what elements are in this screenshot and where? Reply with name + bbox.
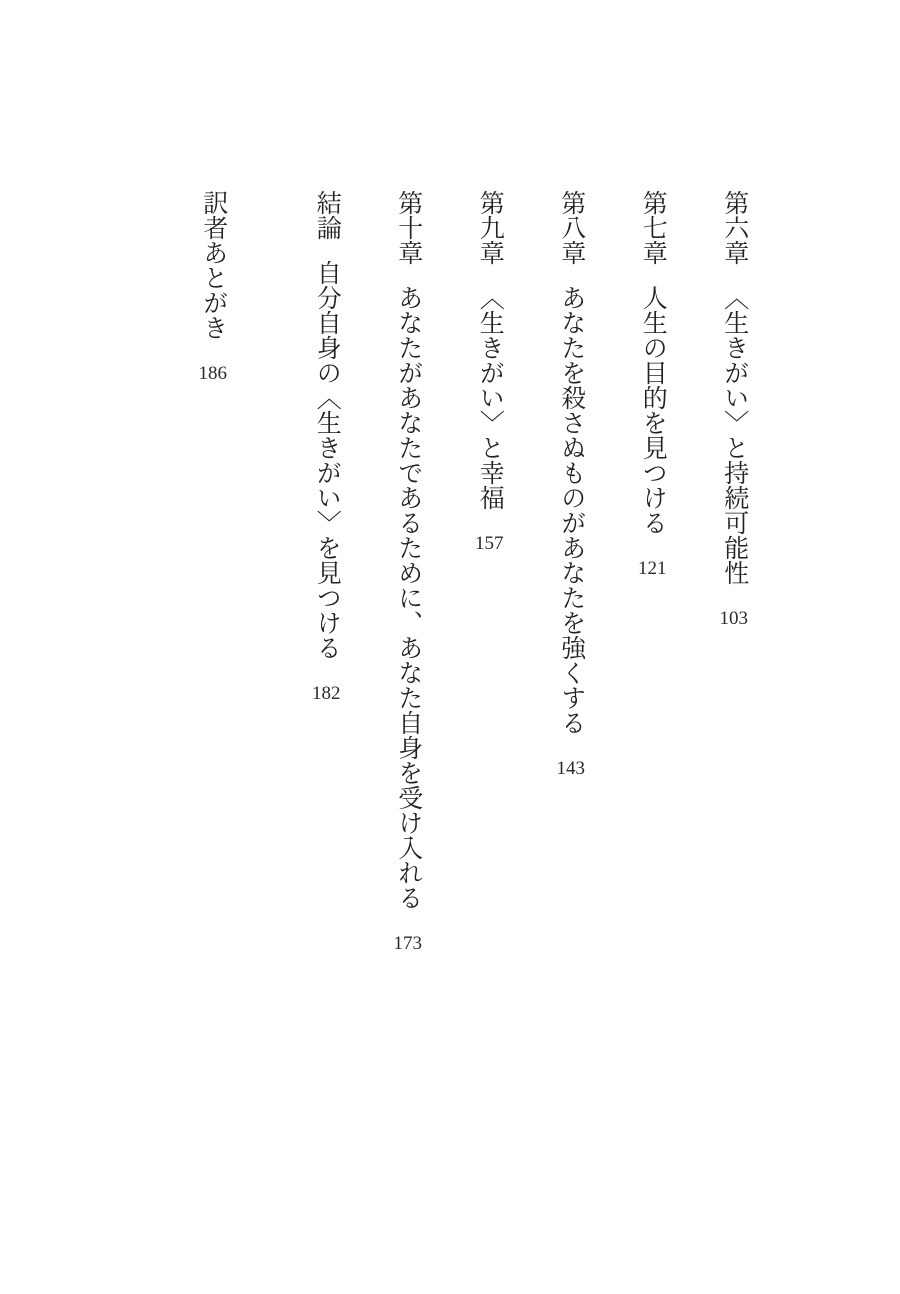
chapter-label: 第九章 xyxy=(476,190,503,265)
toc-entry-chapter-8: 第八章あなたを殺さぬものがあなたを強くする143 xyxy=(557,190,586,1260)
page-number: 121 xyxy=(638,559,667,578)
chapter-label: 第七章 xyxy=(639,190,666,265)
chapter-title: 〈生きがい〉と幸福 xyxy=(476,285,503,510)
chapter-label: 第六章 xyxy=(721,190,748,265)
chapter-title: あなたを殺さぬものがあなたを強くする xyxy=(558,285,585,735)
toc-entry-chapter-6: 第六章〈生きがい〉と持続可能性103 xyxy=(720,190,749,1260)
toc-page: 第六章〈生きがい〉と持続可能性103 第七章人生の目的を見つける121 第八章あ… xyxy=(0,0,900,1294)
page-number: 143 xyxy=(557,759,586,778)
page-number: 173 xyxy=(394,934,423,953)
chapter-label: 第八章 xyxy=(558,190,585,265)
chapter-label: 第十章 xyxy=(395,190,422,265)
toc-entry-conclusion: 結論自分自身の〈生きがい〉を見つける182 xyxy=(312,190,341,1260)
chapter-title: あなたがあなたであるために、あなた自身を受け入れる xyxy=(395,285,422,910)
toc-list: 第六章〈生きがい〉と持続可能性103 第七章人生の目的を見つける121 第八章あ… xyxy=(146,190,749,1260)
toc-entry-translators-afterword: 訳者あとがき186 xyxy=(199,190,228,1260)
chapter-title: 自分自身の〈生きがい〉を見つける xyxy=(313,260,340,660)
chapter-title: 人生の目的を見つける xyxy=(639,285,666,535)
page-number: 103 xyxy=(720,609,749,628)
toc-entry-chapter-7: 第七章人生の目的を見つける121 xyxy=(638,190,667,1260)
chapter-label: 訳者あとがき xyxy=(200,190,227,340)
page-number: 182 xyxy=(312,684,341,703)
page-number: 157 xyxy=(475,534,504,553)
page-number: 186 xyxy=(199,364,228,383)
chapter-title: 〈生きがい〉と持続可能性 xyxy=(721,285,748,585)
toc-entry-chapter-10: 第十章あなたがあなたであるために、あなた自身を受け入れる173 xyxy=(394,190,423,1260)
chapter-label: 結論 xyxy=(313,190,340,240)
toc-entry-chapter-9: 第九章〈生きがい〉と幸福157 xyxy=(475,190,504,1260)
